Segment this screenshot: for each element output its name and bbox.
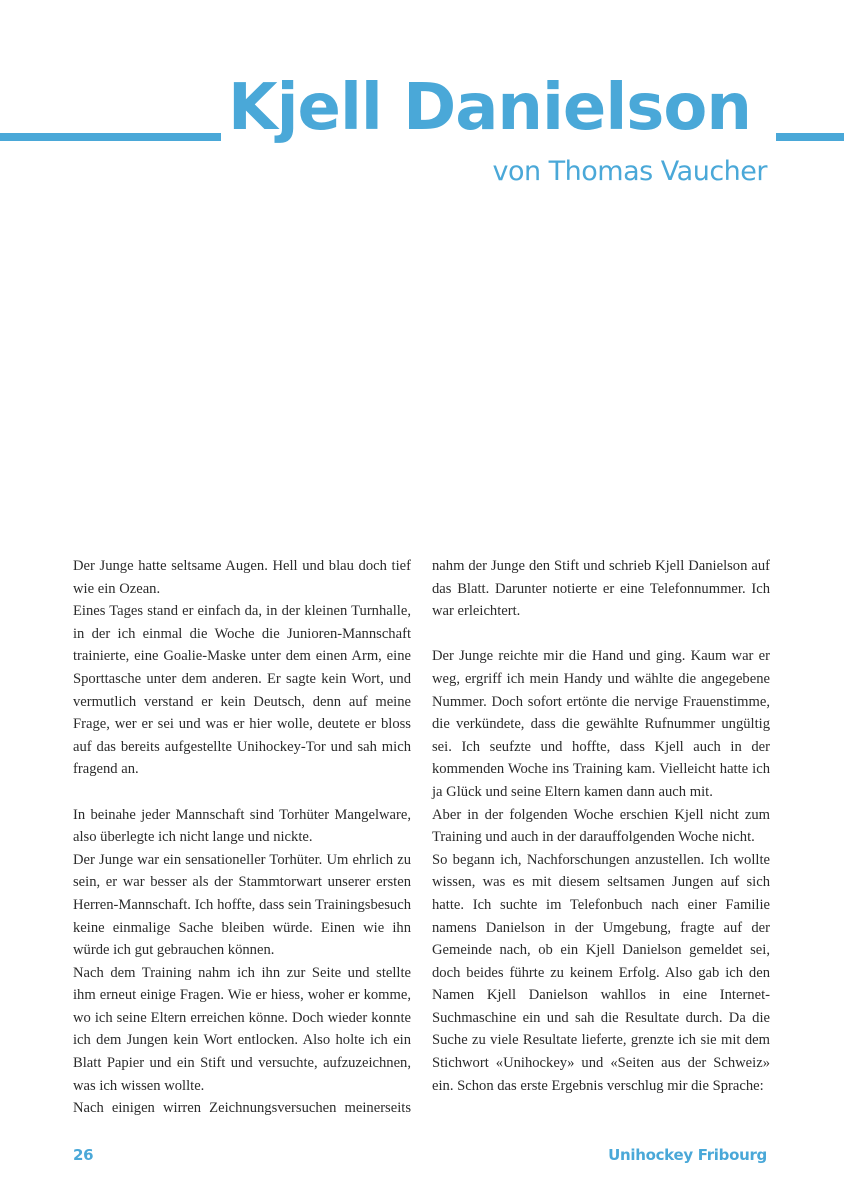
article-column-left: Der Junge hatte seltsame Augen. Hell und… [73, 555, 411, 1120]
paragraph: Eines Tages stand er einfach da, in der … [73, 600, 411, 781]
paragraph: Der Junge war ein sensationeller Torhüte… [73, 849, 411, 962]
article-title: Kjell Danielson [228, 76, 751, 140]
title-rule-left [0, 133, 221, 141]
title-rule-right [776, 133, 844, 141]
paragraph: Der Junge reichte mir die Hand und ging.… [432, 645, 770, 803]
article-column-right: nahm der Junge den Stift und schrieb Kje… [432, 555, 770, 1097]
paragraph: In beinahe jeder Mannschaft sind Torhüte… [73, 804, 411, 849]
paragraph: nahm der Junge den Stift und schrieb Kje… [432, 555, 770, 623]
paragraph: Der Junge hatte seltsame Augen. Hell und… [73, 555, 411, 600]
publication-name: Unihockey Fribourg [608, 1148, 767, 1163]
paragraph: So begann ich, Nachforschungen anzustell… [432, 849, 770, 1098]
page-number: 26 [73, 1148, 93, 1163]
paragraph: Nach dem Training nahm ich ihn zur Seite… [73, 962, 411, 1098]
paragraph: Aber in der folgenden Woche erschien Kje… [432, 804, 770, 849]
paragraph: Nach einigen wirren Zeichnungsversuchen … [73, 1097, 411, 1120]
article-byline: von Thomas Vaucher [492, 158, 767, 185]
